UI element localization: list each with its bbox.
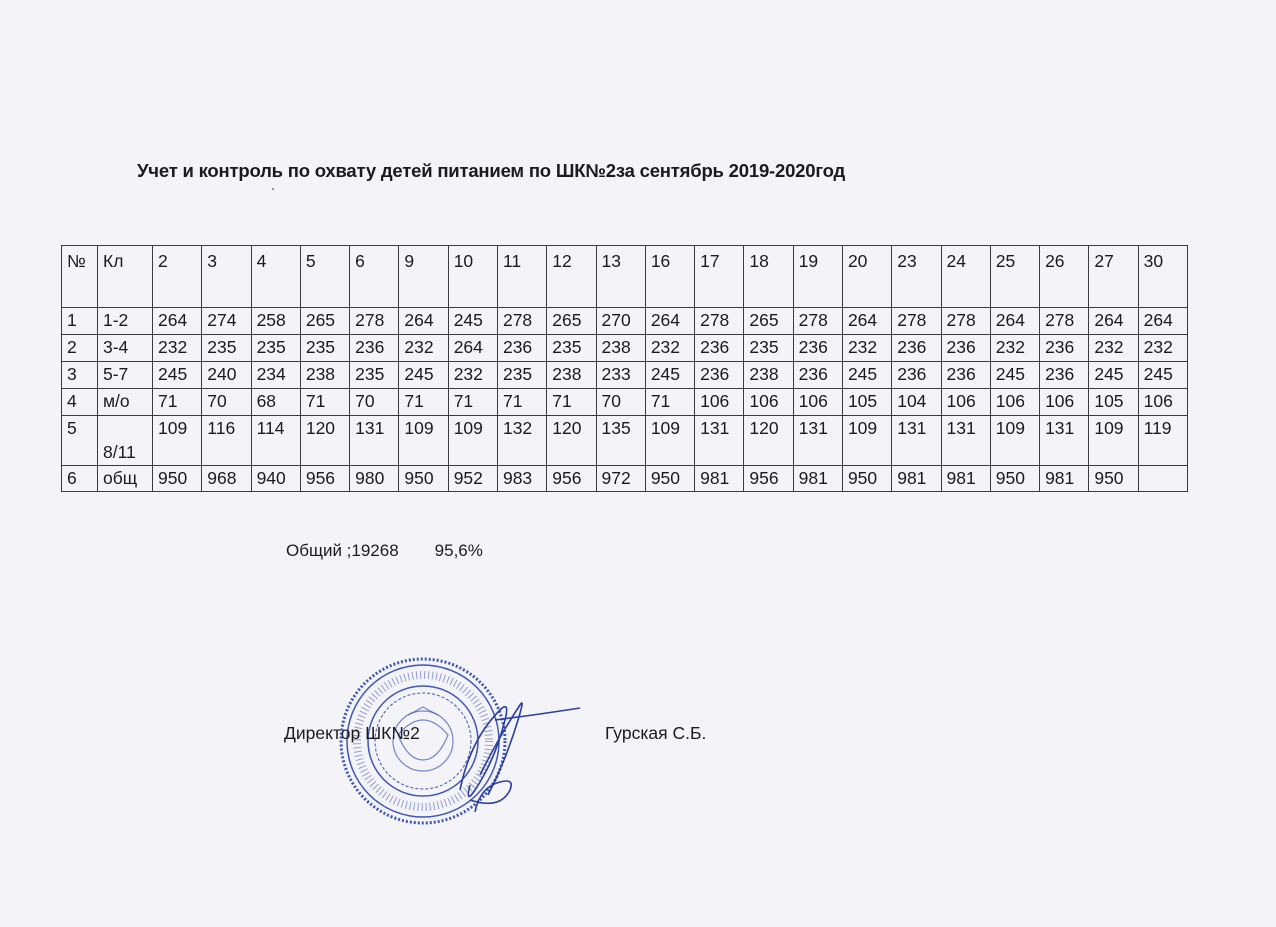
table-cell — [1138, 466, 1187, 492]
table-cell: 983 — [497, 466, 546, 492]
header-day: 9 — [399, 246, 448, 308]
table-cell: 264 — [645, 308, 694, 335]
header-day: 4 — [251, 246, 300, 308]
table-row: 11-2264274258265278264245278265270264278… — [62, 308, 1188, 335]
document-title: Учет и контроль по охвату детей питанием… — [137, 160, 845, 182]
row-number: 3 — [62, 362, 98, 389]
table-cell: 235 — [300, 335, 349, 362]
table-cell: 236 — [892, 362, 941, 389]
header-day: 5 — [300, 246, 349, 308]
table-cell: 109 — [645, 416, 694, 466]
table-cell: 105 — [842, 389, 891, 416]
table-cell: 278 — [793, 308, 842, 335]
table-cell: 119 — [1138, 416, 1187, 466]
table-cell: 71 — [497, 389, 546, 416]
row-class: м/о — [98, 389, 153, 416]
table-cell: 71 — [399, 389, 448, 416]
table-cell: 236 — [941, 362, 990, 389]
table-cell: 114 — [251, 416, 300, 466]
table-cell: 232 — [1089, 335, 1138, 362]
table-row: 58/1110911611412013110910913212013510913… — [62, 416, 1188, 466]
row-number: 4 — [62, 389, 98, 416]
table-cell: 238 — [547, 362, 596, 389]
table-cell: 109 — [448, 416, 497, 466]
header-day: 25 — [990, 246, 1039, 308]
header-day: 23 — [892, 246, 941, 308]
header-day: 2 — [153, 246, 202, 308]
table-cell: 278 — [497, 308, 546, 335]
header-day: 16 — [645, 246, 694, 308]
header-class: Кл — [98, 246, 153, 308]
table-cell: 264 — [399, 308, 448, 335]
table-cell: 270 — [596, 308, 645, 335]
table-cell: 131 — [793, 416, 842, 466]
table-cell: 236 — [892, 335, 941, 362]
table-cell: 265 — [300, 308, 349, 335]
table-cell: 950 — [645, 466, 694, 492]
header-day: 3 — [202, 246, 251, 308]
table-cell: 232 — [842, 335, 891, 362]
table-cell: 70 — [350, 389, 399, 416]
table-cell: 232 — [645, 335, 694, 362]
signature-icon — [420, 680, 600, 830]
table-cell: 120 — [300, 416, 349, 466]
table-cell: 109 — [1089, 416, 1138, 466]
table-cell: 236 — [695, 335, 744, 362]
table-cell: 950 — [153, 466, 202, 492]
table-cell: 109 — [399, 416, 448, 466]
table-cell: 120 — [547, 416, 596, 466]
header-day: 17 — [695, 246, 744, 308]
table-cell: 232 — [153, 335, 202, 362]
table-cell: 106 — [941, 389, 990, 416]
table-cell: 232 — [448, 362, 497, 389]
header-day: 18 — [744, 246, 793, 308]
table-cell: 235 — [251, 335, 300, 362]
table-cell: 236 — [497, 335, 546, 362]
table-row: 35-7245240234238235245232235238233245236… — [62, 362, 1188, 389]
table-cell: 135 — [596, 416, 645, 466]
table-cell: 245 — [990, 362, 1039, 389]
table-cell: 235 — [350, 362, 399, 389]
table-cell: 233 — [596, 362, 645, 389]
table-cell: 981 — [793, 466, 842, 492]
table-row: 23-4232235235235236232264236235238232236… — [62, 335, 1188, 362]
table-cell: 232 — [1138, 335, 1187, 362]
table-cell: 70 — [202, 389, 251, 416]
table-cell: 238 — [300, 362, 349, 389]
table-cell: 106 — [990, 389, 1039, 416]
table-cell: 131 — [1040, 416, 1089, 466]
table-cell: 950 — [990, 466, 1039, 492]
summary-line: Общий ;1926895,6% — [286, 541, 483, 561]
table-cell: 264 — [1089, 308, 1138, 335]
header-day: 11 — [497, 246, 546, 308]
table-cell: 264 — [842, 308, 891, 335]
table-cell: 972 — [596, 466, 645, 492]
summary-percent: 95,6% — [435, 541, 483, 560]
table-cell: 232 — [990, 335, 1039, 362]
table-cell: 264 — [448, 335, 497, 362]
table-cell: 120 — [744, 416, 793, 466]
nutrition-table: №Кл2345691011121316171819202324252627301… — [61, 245, 1188, 492]
header-day: 10 — [448, 246, 497, 308]
table-cell: 70 — [596, 389, 645, 416]
table-cell: 236 — [941, 335, 990, 362]
table-cell: 104 — [892, 389, 941, 416]
header-row: №Кл234569101112131617181920232425262730 — [62, 246, 1188, 308]
table-cell: 132 — [497, 416, 546, 466]
director-title: Директор ШК№2 — [284, 723, 420, 744]
table-cell: 131 — [350, 416, 399, 466]
row-number: 5 — [62, 416, 98, 466]
table-cell: 234 — [251, 362, 300, 389]
header-day: 26 — [1040, 246, 1089, 308]
row-number: 2 — [62, 335, 98, 362]
table-cell: 956 — [547, 466, 596, 492]
table-cell: 278 — [695, 308, 744, 335]
table-cell: 236 — [695, 362, 744, 389]
table-cell: 71 — [547, 389, 596, 416]
header-day: 30 — [1138, 246, 1187, 308]
table-cell: 956 — [744, 466, 793, 492]
table-cell: 264 — [153, 308, 202, 335]
header-day: 27 — [1089, 246, 1138, 308]
table-cell: 131 — [892, 416, 941, 466]
table-cell: 952 — [448, 466, 497, 492]
table-cell: 131 — [941, 416, 990, 466]
row-class: 1-2 — [98, 308, 153, 335]
speck — [272, 188, 274, 190]
table-cell: 236 — [793, 335, 842, 362]
table-cell: 265 — [744, 308, 793, 335]
table-cell: 106 — [793, 389, 842, 416]
table-cell: 106 — [695, 389, 744, 416]
header-day: 19 — [793, 246, 842, 308]
table-cell: 245 — [153, 362, 202, 389]
table-cell: 240 — [202, 362, 251, 389]
table-cell: 236 — [1040, 335, 1089, 362]
table-cell: 106 — [1040, 389, 1089, 416]
table-cell: 245 — [645, 362, 694, 389]
table-cell: 245 — [1138, 362, 1187, 389]
table-cell: 116 — [202, 416, 251, 466]
header-day: 13 — [596, 246, 645, 308]
table-cell: 232 — [399, 335, 448, 362]
table-cell: 278 — [892, 308, 941, 335]
table-cell: 71 — [448, 389, 497, 416]
header-day: 20 — [842, 246, 891, 308]
table-cell: 109 — [990, 416, 1039, 466]
table-cell: 950 — [399, 466, 448, 492]
row-number: 6 — [62, 466, 98, 492]
row-class: 3-4 — [98, 335, 153, 362]
header-day: 12 — [547, 246, 596, 308]
table-cell: 981 — [1040, 466, 1089, 492]
table-cell: 258 — [251, 308, 300, 335]
table-cell: 105 — [1089, 389, 1138, 416]
header-day: 24 — [941, 246, 990, 308]
director-name: Гурская С.Б. — [605, 723, 706, 744]
table-cell: 106 — [744, 389, 793, 416]
table-cell: 109 — [153, 416, 202, 466]
table-cell: 245 — [842, 362, 891, 389]
table-cell: 235 — [744, 335, 793, 362]
table-cell: 235 — [202, 335, 251, 362]
table-cell: 278 — [941, 308, 990, 335]
table-cell: 264 — [1138, 308, 1187, 335]
table-cell: 950 — [1089, 466, 1138, 492]
table-cell: 278 — [1040, 308, 1089, 335]
table-cell: 236 — [350, 335, 399, 362]
table-cell: 235 — [547, 335, 596, 362]
header-number: № — [62, 246, 98, 308]
table-cell: 71 — [153, 389, 202, 416]
table-cell: 980 — [350, 466, 399, 492]
table-cell: 71 — [300, 389, 349, 416]
table-cell: 109 — [842, 416, 891, 466]
table-cell: 981 — [941, 466, 990, 492]
table-cell: 265 — [547, 308, 596, 335]
table-cell: 238 — [744, 362, 793, 389]
table-cell: 235 — [497, 362, 546, 389]
table-cell: 950 — [842, 466, 891, 492]
table-cell: 131 — [695, 416, 744, 466]
table-cell: 68 — [251, 389, 300, 416]
table-cell: 245 — [1089, 362, 1138, 389]
table-row: 4м/о717068717071717171707110610610610510… — [62, 389, 1188, 416]
table-row: 6общ950968940956980950952983956972950981… — [62, 466, 1188, 492]
table-cell: 940 — [251, 466, 300, 492]
table-cell: 236 — [793, 362, 842, 389]
table-cell: 236 — [1040, 362, 1089, 389]
table-cell: 245 — [448, 308, 497, 335]
table-cell: 278 — [350, 308, 399, 335]
row-number: 1 — [62, 308, 98, 335]
table-cell: 956 — [300, 466, 349, 492]
table-cell: 264 — [990, 308, 1039, 335]
header-day: 6 — [350, 246, 399, 308]
table-cell: 981 — [695, 466, 744, 492]
table-cell: 245 — [399, 362, 448, 389]
table-cell: 71 — [645, 389, 694, 416]
table-cell: 274 — [202, 308, 251, 335]
table-cell: 981 — [892, 466, 941, 492]
row-class: общ — [98, 466, 153, 492]
summary-total: Общий ;19268 — [286, 541, 399, 560]
row-class: 8/11 — [98, 416, 153, 466]
table-cell: 968 — [202, 466, 251, 492]
row-class: 5-7 — [98, 362, 153, 389]
table-cell: 106 — [1138, 389, 1187, 416]
table-cell: 238 — [596, 335, 645, 362]
